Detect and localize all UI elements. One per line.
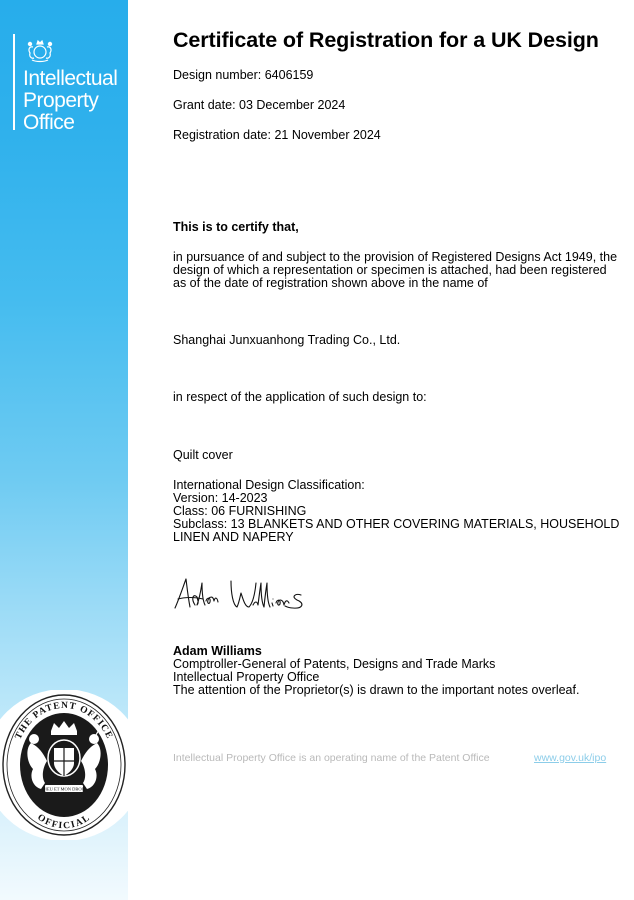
grant-date: Grant date: 03 December 2024 xyxy=(173,99,345,112)
ipo-sidebar: Intellectual Property Office THE PATENT … xyxy=(0,0,128,900)
signatory-line: The attention of the Proprietor(s) is dr… xyxy=(173,684,634,697)
svg-text:DIEU ET MON DROIT: DIEU ET MON DROIT xyxy=(42,787,86,792)
respect-text: in respect of the application of such de… xyxy=(173,391,427,404)
paragraph-line: as of the date of registration shown abo… xyxy=(173,277,634,290)
certify-heading: This is to certify that, xyxy=(173,221,299,234)
classification-block: International Design Classification: Ver… xyxy=(173,479,634,544)
logo-divider xyxy=(13,34,15,130)
logo-line: Office xyxy=(23,112,117,134)
logo-line: Property xyxy=(23,90,117,112)
signature-image xyxy=(173,575,323,615)
footer-note: Intellectual Property Office is an opera… xyxy=(173,752,490,764)
page-title: Certificate of Registration for a UK Des… xyxy=(173,28,599,53)
logo-line: Intellectual xyxy=(23,68,117,90)
royal-crest-icon xyxy=(24,37,56,63)
product-name: Quilt cover xyxy=(173,449,233,462)
registration-date: Registration date: 21 November 2024 xyxy=(173,129,381,142)
ipo-website-link[interactable]: www.gov.uk/ipo xyxy=(534,752,606,764)
patent-office-seal-icon: THE PATENT OFFICE OFFICIAL DIEU ET MON D… xyxy=(1,693,127,837)
classification-line: LINEN AND NAPERY xyxy=(173,531,634,544)
pursuance-paragraph: in pursuance of and subject to the provi… xyxy=(173,251,634,290)
design-number: Design number: 6406159 xyxy=(173,69,313,82)
signatory-block: Adam Williams Comptroller-General of Pat… xyxy=(173,645,634,697)
proprietor-name: Shanghai Junxuanhong Trading Co., Ltd. xyxy=(173,334,400,347)
ipo-logo-text: Intellectual Property Office xyxy=(23,68,117,134)
